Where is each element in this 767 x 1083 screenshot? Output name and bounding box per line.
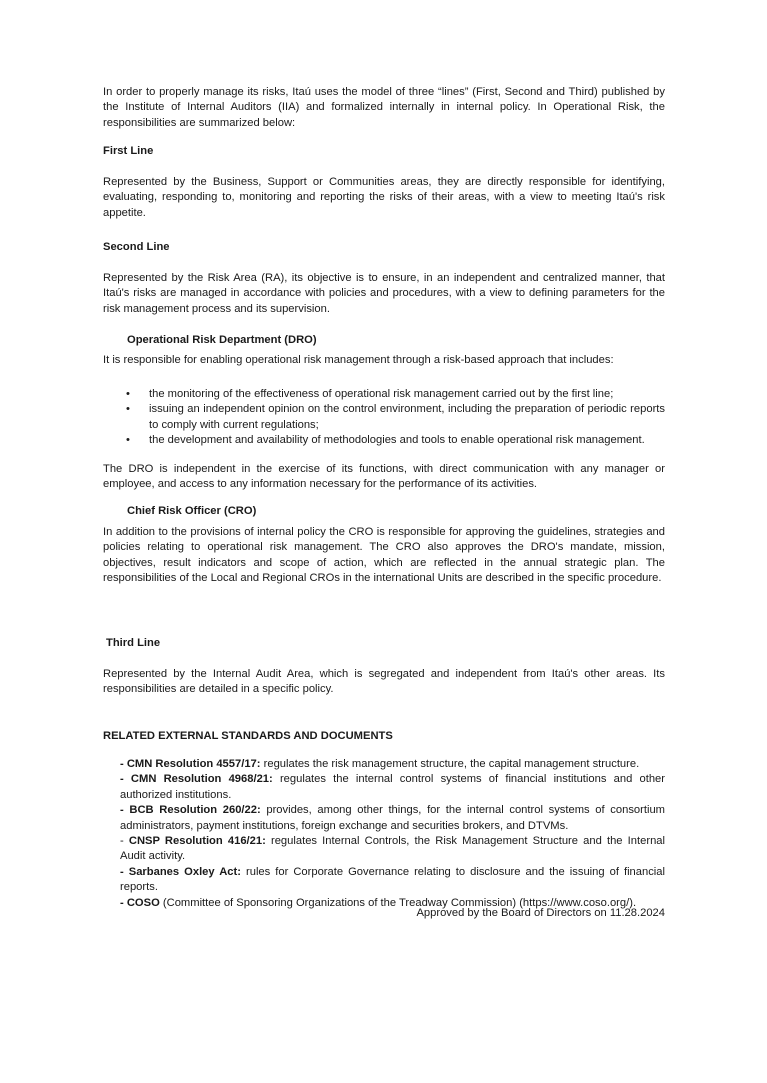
list-item: - CMN Resolution 4557/17: regulates the … xyxy=(120,757,665,772)
bullet-icon: • xyxy=(126,433,130,448)
third-line-heading: Third Line xyxy=(106,636,160,651)
third-line-text: Represented by the Internal Audit Area, … xyxy=(103,667,665,698)
intro-paragraph: In order to properly manage its risks, I… xyxy=(103,85,665,131)
first-line-text: Represented by the Business, Support or … xyxy=(103,175,665,221)
list-item: - BCB Resolution 260/22: provides, among… xyxy=(120,803,665,834)
cro-text: In addition to the provisions of interna… xyxy=(103,525,665,587)
second-line-heading: Second Line xyxy=(103,240,170,255)
second-line-text: Represented by the Risk Area (RA), its o… xyxy=(103,271,665,317)
list-item: - Sarbanes Oxley Act: rules for Corporat… xyxy=(120,865,665,896)
list-item: •the monitoring of the effectiveness of … xyxy=(103,387,665,402)
first-line-heading: First Line xyxy=(103,144,153,159)
list-item: - CNSP Resolution 416/21: regulates Inte… xyxy=(120,834,665,865)
list-item: •the development and availability of met… xyxy=(103,433,665,448)
related-standards-list: - CMN Resolution 4557/17: regulates the … xyxy=(120,757,665,911)
document-page: In order to properly manage its risks, I… xyxy=(0,0,767,1083)
bullet-icon: • xyxy=(126,387,130,402)
dro-closing: The DRO is independent in the exercise o… xyxy=(103,462,665,493)
bullet-icon: • xyxy=(126,402,130,417)
list-item: •issuing an independent opinion on the c… xyxy=(103,402,665,433)
dro-heading: Operational Risk Department (DRO) xyxy=(127,333,317,348)
approval-note: Approved by the Board of Directors on 11… xyxy=(416,906,665,921)
related-standards-heading: RELATED EXTERNAL STANDARDS AND DOCUMENTS xyxy=(103,729,393,744)
cro-heading: Chief Risk Officer (CRO) xyxy=(127,504,256,519)
dro-bullet-list: •the monitoring of the effectiveness of … xyxy=(103,387,665,449)
list-item: - CMN Resolution 4968/21: regulates the … xyxy=(120,772,665,803)
dro-intro: It is responsible for enabling operation… xyxy=(103,353,665,368)
